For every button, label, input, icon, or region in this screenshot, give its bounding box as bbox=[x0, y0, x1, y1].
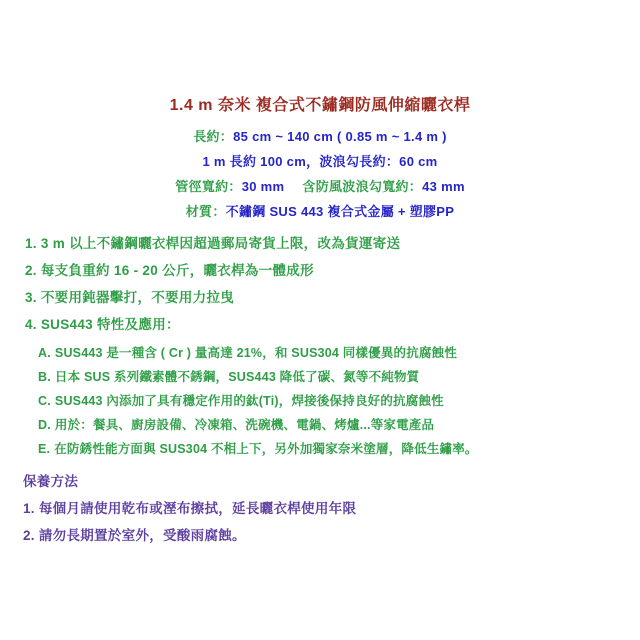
feature-text: SUS443 內添加了具有穩定作用的鈦(Ti)，焊接後保持良好的抗腐蝕性 bbox=[55, 394, 444, 408]
notes-section: 1.3 m 以上不鏽鋼曬衣桿因超過郵局寄貨上限，改為貨運寄送 2.每支負重約 1… bbox=[0, 236, 640, 333]
care-item-number: 1. bbox=[23, 501, 35, 516]
feature-letter: C. bbox=[38, 394, 51, 408]
length-label: 長約： bbox=[193, 129, 233, 144]
feature-text: 在防銹性能方面與 SUS304 不相上下，另外加獨家奈米塗層，降低生鏽率。 bbox=[54, 442, 477, 456]
feature-text: 用於：餐具、廚房設備、冷凍箱、洗碗機、電鍋、烤爐...等家電產品 bbox=[55, 418, 434, 432]
feature-item: C.SUS443 內添加了具有穩定作用的鈦(Ti)，焊接後保持良好的抗腐蝕性 bbox=[38, 394, 640, 409]
note-number: 1. bbox=[25, 236, 37, 251]
sus-features-section: A.SUS443 是一種含 ( Cr ) 量高達 21%，和 SUS304 同樣… bbox=[0, 346, 640, 457]
care-item: 1.每個月請使用乾布或溼布擦拭，延長曬衣桿使用年限 bbox=[23, 501, 640, 517]
note-item: 1.3 m 以上不鏽鋼曬衣桿因超過郵局寄貨上限，改為貨運寄送 bbox=[25, 236, 640, 252]
note-number: 2. bbox=[25, 263, 37, 278]
care-item-text: 每個月請使用乾布或溼布擦拭，延長曬衣桿使用年限 bbox=[39, 501, 356, 516]
feature-item: E.在防銹性能方面與 SUS304 不相上下，另外加獨家奈米塗層，降低生鏽率。 bbox=[38, 442, 640, 457]
spec-header-section: 1.4 m 奈米 複合式不鏽鋼防風伸縮曬衣桿 長約：85 cm ~ 140 cm… bbox=[0, 0, 640, 219]
hook-width-value: 43 mm bbox=[422, 179, 465, 194]
note-text: 每支負重約 16 - 20 公斤，曬衣桿為一體成形 bbox=[41, 263, 314, 278]
note-number: 4. bbox=[25, 317, 37, 332]
feature-letter: E. bbox=[38, 442, 50, 456]
diameter-label: 管徑寬約： bbox=[175, 179, 242, 194]
note-item: 2.每支負重約 16 - 20 公斤，曬衣桿為一體成形 bbox=[25, 263, 640, 279]
product-description-page: 1.4 m 奈米 複合式不鏽鋼防風伸縮曬衣桿 長約：85 cm ~ 140 cm… bbox=[0, 0, 640, 640]
feature-item: A.SUS443 是一種含 ( Cr ) 量高達 21%，和 SUS304 同樣… bbox=[38, 346, 640, 361]
feature-item: D.用於：餐具、廚房設備、冷凍箱、洗碗機、電鍋、烤爐...等家電產品 bbox=[38, 418, 640, 433]
spec-line-one-meter: 1 m 長約 100 cm，波浪勾長約：60 cm bbox=[0, 154, 640, 169]
note-item: 3.不要用鈍器擊打，不要用力拉曳 bbox=[25, 290, 640, 306]
care-item-number: 2. bbox=[23, 528, 35, 543]
note-text: 3 m 以上不鏽鋼曬衣桿因超過郵局寄貨上限，改為貨運寄送 bbox=[41, 236, 400, 251]
care-section: 保養方法 1.每個月請使用乾布或溼布擦拭，延長曬衣桿使用年限 2.請勿長期置於室… bbox=[0, 474, 640, 544]
care-item: 2.請勿長期置於室外，受酸雨腐蝕。 bbox=[23, 528, 640, 544]
diameter-value: 30 mm bbox=[242, 179, 285, 194]
care-heading: 保養方法 bbox=[23, 474, 640, 490]
note-item: 4.SUS443 特性及應用： bbox=[25, 317, 640, 333]
product-title: 1.4 m 奈米 複合式不鏽鋼防風伸縮曬衣桿 bbox=[0, 96, 640, 116]
care-item-text: 請勿長期置於室外，受酸雨腐蝕。 bbox=[39, 528, 246, 543]
note-text: 不要用鈍器擊打，不要用力拉曳 bbox=[41, 290, 234, 305]
feature-item: B.日本 SUS 系列鐵素體不銹鋼，SUS443 降低了碳、氮等不純物質 bbox=[38, 370, 640, 385]
feature-letter: B. bbox=[38, 370, 51, 384]
length-value: 85 cm ~ 140 cm ( 0.85 m ~ 1.4 m ) bbox=[233, 129, 447, 144]
feature-letter: A. bbox=[38, 346, 51, 360]
feature-text: 日本 SUS 系列鐵素體不銹鋼，SUS443 降低了碳、氮等不純物質 bbox=[55, 370, 419, 384]
spec-line-diameter: 管徑寬約：30 mm含防風波浪勾寬約：43 mm bbox=[0, 179, 640, 194]
material-label: 材質： bbox=[186, 204, 226, 219]
note-number: 3. bbox=[25, 290, 37, 305]
note-text: SUS443 特性及應用： bbox=[41, 317, 180, 332]
feature-letter: D. bbox=[38, 418, 51, 432]
spec-line-material: 材質：不鏽鋼 SUS 443 複合式金屬 + 塑膠PP bbox=[0, 204, 640, 219]
material-value: 不鏽鋼 SUS 443 複合式金屬 + 塑膠PP bbox=[226, 204, 455, 219]
feature-text: SUS443 是一種含 ( Cr ) 量高達 21%，和 SUS304 同樣優異… bbox=[55, 346, 457, 360]
hook-width-label: 含防風波浪勾寬約： bbox=[302, 179, 422, 194]
spec-line-length: 長約：85 cm ~ 140 cm ( 0.85 m ~ 1.4 m ) bbox=[0, 129, 640, 144]
